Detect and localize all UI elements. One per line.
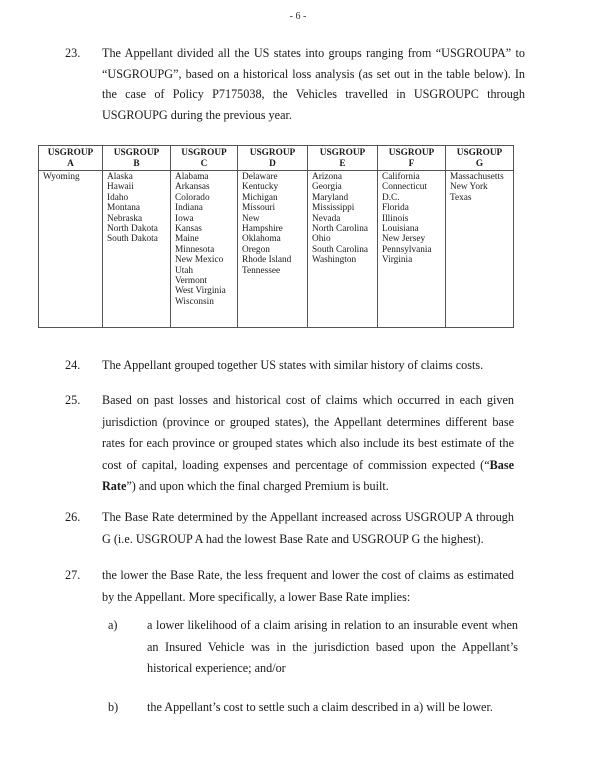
paragraph-text: the lower the Base Rate, the less freque…	[102, 565, 514, 608]
state-name: Colorado	[175, 193, 233, 203]
state-name: Kentucky	[242, 182, 303, 192]
paragraph-text: The Appellant grouped together US states…	[102, 355, 542, 376]
state-name: Minnesota	[175, 245, 233, 255]
column-header-letter: F	[382, 159, 441, 170]
table-cell: Wyoming	[39, 171, 103, 328]
column-header-letter: G	[450, 159, 509, 170]
paragraph-text-part: Based on past losses and historical cost…	[102, 393, 514, 472]
state-name: Hawaii	[107, 182, 166, 192]
state-name: South Carolina	[312, 245, 373, 255]
subparagraph-label: a)	[108, 615, 117, 636]
paragraph-number: 27.	[65, 565, 80, 586]
state-name: D.C.	[382, 193, 441, 203]
table-cell: CaliforniaConnecticutD.C.FloridaIllinois…	[378, 171, 446, 328]
column-header-letter: D	[242, 159, 303, 170]
table-row: WyomingAlaskaHawaiiIdahoMontanaNebraskaN…	[39, 171, 514, 328]
state-name: New Mexico	[175, 255, 233, 265]
state-name: Washington	[312, 255, 373, 265]
column-header-label: USGROUP	[382, 148, 441, 159]
state-name: Louisiana	[382, 224, 441, 234]
state-name: Oklahoma	[242, 234, 303, 244]
state-name: Rhode Island	[242, 255, 303, 265]
paragraph-number: 23.	[65, 43, 80, 64]
table-cell: AlabamaArkansasColoradoIndianaIowaKansas…	[171, 171, 238, 328]
column-header: USGROUPF	[378, 146, 446, 171]
page-number: - 6 -	[0, 11, 596, 22]
column-header-label: USGROUP	[242, 148, 303, 159]
state-name: Texas	[450, 193, 509, 203]
paragraph-text: Based on past losses and historical cost…	[102, 390, 514, 498]
state-name: North Dakota	[107, 224, 166, 234]
state-name: South Dakota	[107, 234, 166, 244]
table-cell: MassachusettsNew YorkTexas	[446, 171, 514, 328]
state-name: New York	[450, 182, 509, 192]
table-cell: ArizonaGeorgiaMarylandMississippiNevadaN…	[308, 171, 378, 328]
column-header-letter: B	[107, 159, 166, 170]
subparagraph-label: b)	[108, 697, 118, 718]
state-name: Ohio	[312, 234, 373, 244]
column-header-label: USGROUP	[450, 148, 509, 159]
paragraph-text: The Appellant divided all the US states …	[102, 43, 525, 125]
state-name: Illinois	[382, 214, 441, 224]
state-name: Tennessee	[242, 266, 303, 276]
column-header: USGROUPG	[446, 146, 514, 171]
state-name: Oregon	[242, 245, 303, 255]
state-name: Virginia	[382, 255, 441, 265]
column-header-letter: C	[175, 159, 233, 170]
state-name: Wisconsin	[175, 297, 233, 307]
state-name: West Virginia	[175, 286, 233, 296]
state-name: Maine	[175, 234, 233, 244]
table-cell: DelawareKentuckyMichiganMissouriNewHamps…	[238, 171, 308, 328]
state-name: New Jersey	[382, 234, 441, 244]
column-header-letter: A	[43, 159, 98, 170]
state-name: Wyoming	[43, 172, 98, 182]
table-cell: AlaskaHawaiiIdahoMontanaNebraskaNorth Da…	[103, 171, 171, 328]
column-header: USGROUPD	[238, 146, 308, 171]
state-name: Nevada	[312, 214, 373, 224]
paragraph-number: 24.	[65, 355, 80, 376]
state-name: Connecticut	[382, 182, 441, 192]
state-name: Florida	[382, 203, 441, 213]
column-header: USGROUPC	[171, 146, 238, 171]
column-header-label: USGROUP	[175, 148, 233, 159]
column-header-label: USGROUP	[312, 148, 373, 159]
state-name: Massachusetts	[450, 172, 509, 182]
paragraph-text-part: ”) and upon which the final charged Prem…	[126, 479, 388, 493]
state-name: Michigan	[242, 193, 303, 203]
state-name: Mississippi	[312, 203, 373, 213]
state-name: New	[242, 214, 303, 224]
state-name: Montana	[107, 203, 166, 213]
column-header: USGROUPA	[39, 146, 103, 171]
paragraph-text: The Base Rate determined by the Appellan…	[102, 507, 514, 550]
state-name: Arkansas	[175, 182, 233, 192]
state-name: Iowa	[175, 214, 233, 224]
usgroup-table: USGROUPAUSGROUPBUSGROUPCUSGROUPDUSGROUPE…	[38, 145, 514, 328]
state-name: Hampshire	[242, 224, 303, 234]
column-header: USGROUPE	[308, 146, 378, 171]
paragraph-number: 26.	[65, 507, 80, 528]
column-header: USGROUPB	[103, 146, 171, 171]
state-name: Vermont	[175, 276, 233, 286]
subparagraph-text: a lower likelihood of a claim arising in…	[147, 615, 518, 680]
paragraph-number: 25.	[65, 390, 80, 411]
state-name: Delaware	[242, 172, 303, 182]
state-name: Kansas	[175, 224, 233, 234]
column-header-letter: E	[312, 159, 373, 170]
subparagraph-text: the Appellant’s cost to settle such a cl…	[147, 697, 547, 718]
column-header-label: USGROUP	[107, 148, 166, 159]
state-name: Georgia	[312, 182, 373, 192]
state-name: Arizona	[312, 172, 373, 182]
state-name: Indiana	[175, 203, 233, 213]
state-name: Nebraska	[107, 214, 166, 224]
state-name: North Carolina	[312, 224, 373, 234]
state-name: Utah	[175, 266, 233, 276]
state-name: California	[382, 172, 441, 182]
column-header-label: USGROUP	[43, 148, 98, 159]
state-name: Missouri	[242, 203, 303, 213]
state-name: Pennsylvania	[382, 245, 441, 255]
table-header-row: USGROUPAUSGROUPBUSGROUPCUSGROUPDUSGROUPE…	[39, 146, 514, 171]
state-name: Alaska	[107, 172, 166, 182]
state-name: Alabama	[175, 172, 233, 182]
state-name: Maryland	[312, 193, 373, 203]
state-name: Idaho	[107, 193, 166, 203]
